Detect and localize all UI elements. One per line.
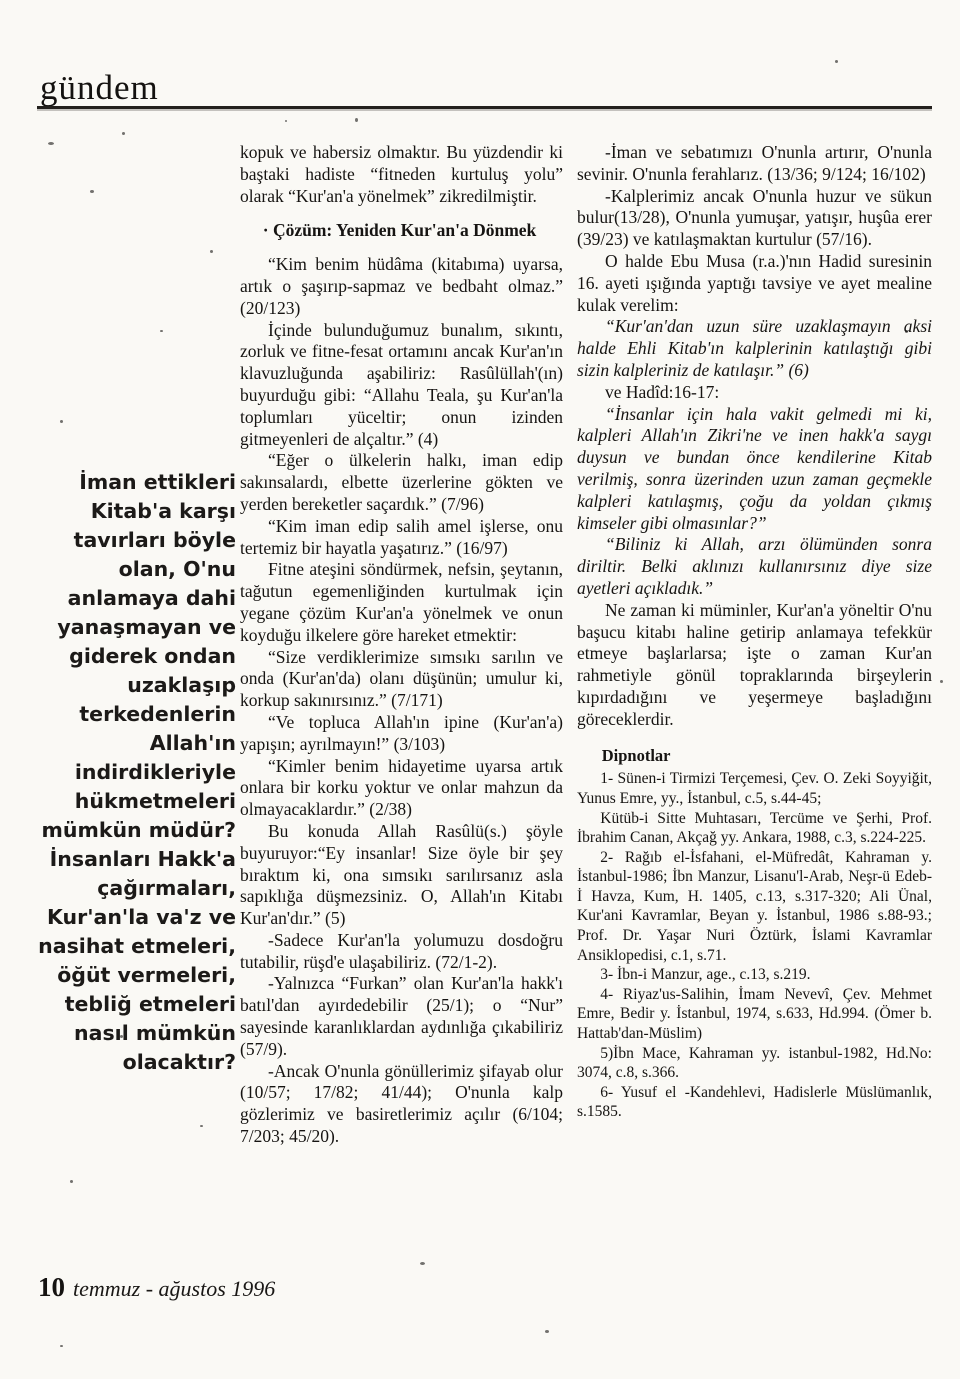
body-paragraph: İçinde bulunduğumuz bunalım, sıkıntı, zo…	[240, 320, 563, 451]
page-number: 10	[38, 1272, 65, 1302]
footnote-paragraph: 2- Rağıb el-İsfahani, el-Müfredât, Kahra…	[577, 848, 932, 966]
scan-noise-speck	[60, 1345, 63, 1347]
scan-noise-speck	[355, 118, 358, 122]
body-paragraph: Bu konuda Allah Rasûlü(s.) şöyle buyuruy…	[240, 821, 563, 930]
body-paragraph: kopuk ve habersiz olmaktır. Bu yüzdendir…	[240, 142, 563, 207]
scan-noise-speck	[120, 1035, 123, 1038]
body-paragraph: -Kalplerimiz ancak O'nunla huzur ve süku…	[577, 186, 932, 251]
scan-noise-speck	[60, 420, 63, 423]
scan-noise-speck	[70, 1180, 73, 1183]
text-column-right: -İman ve sebatımızı O'nunla artırır, O'n…	[577, 142, 932, 1122]
body-paragraph: -Sadece Kur'an'la yolumuzu dosdoğru tuta…	[240, 930, 563, 974]
header-rule	[37, 106, 932, 109]
scan-noise-speck	[545, 1330, 549, 1333]
scan-noise-speck	[90, 190, 94, 193]
footnote-paragraph: Kütüb-i Sitte Muhtasarı, Tercüme ve Şerh…	[577, 809, 932, 848]
body-paragraph: “Eğer o ülkelerin halkı, iman edip sakın…	[240, 450, 563, 515]
footnote-paragraph: 6- Yusuf el -Kandehlevi, Hadislerle Müsl…	[577, 1083, 932, 1122]
body-paragraph: O halde Ebu Musa (r.a.)'nın Hadid suresi…	[577, 251, 932, 316]
body-paragraph: “Biliniz ki Allah, arzı ölümünden sonra …	[577, 534, 932, 599]
text-column-left: kopuk ve habersiz olmaktır. Bu yüzdendir…	[240, 142, 563, 1148]
footnote-paragraph: 3- İbn-i Manzur, age., c.13, s.219.	[577, 965, 932, 985]
body-paragraph: ve Hadîd:16-17:	[577, 382, 932, 404]
footnote-paragraph: 1- Sünen-i Tirmizi Terçemesi, Çev. O. Ze…	[577, 769, 932, 808]
magazine-page: gündem İman ettikleri Kitab'a karşı tavı…	[0, 0, 960, 1379]
section-title: gündem	[40, 68, 159, 108]
scan-noise-speck	[122, 132, 125, 135]
scan-noise-speck	[210, 250, 213, 253]
body-paragraph: -Yalnızca “Furkan” olan Kur'an'la hakk'ı…	[240, 973, 563, 1060]
footnote-paragraph: 4- Riyaz'us-Salihin, İmam Nevevî, Çev. M…	[577, 985, 932, 1044]
scan-noise-speck	[835, 60, 838, 63]
body-paragraph: “Kim benim hüdâma (kitabıma) uyarsa, art…	[240, 254, 563, 319]
scan-noise-speck	[48, 142, 54, 145]
issue-date: temmuz - ağustos 1996	[73, 1276, 275, 1301]
scan-noise-speck	[200, 1125, 203, 1127]
footnote-paragraph: 5)İbn Mace, Kahraman yy. istanbul-1982, …	[577, 1044, 932, 1083]
scan-noise-speck	[160, 330, 163, 332]
body-paragraph: -İman ve sebatımızı O'nunla artırır, O'n…	[577, 142, 932, 186]
body-paragraph: “Kim iman edip salih amel işlerse, onu t…	[240, 516, 563, 560]
body-paragraph: “Kur'an'dan uzun süre uzaklaşmayın aksi …	[577, 316, 932, 381]
page-footer: 10temmuz - ağustos 1996	[38, 1272, 275, 1303]
body-paragraph: “Size verdiklerimize sımsıkı sarılın ve …	[240, 647, 563, 712]
body-paragraph: -Ancak O'nunla gönüllerimiz şifayab olur…	[240, 1061, 563, 1148]
body-paragraph: “Kimler benim hidayetime uyarsa artık on…	[240, 756, 563, 821]
scan-noise-speck	[420, 1262, 425, 1265]
body-paragraph: Fitne ateşini söndürmek, nefsin, şeytanı…	[240, 559, 563, 646]
scan-noise-speck	[905, 330, 908, 333]
scan-noise-speck	[940, 680, 943, 683]
footnote-paragraph: Dipnotlar	[577, 745, 932, 767]
body-paragraph: “İnsanlar için hala vakit gelmedi mi ki,…	[577, 404, 932, 535]
scan-noise-speck	[285, 120, 287, 122]
article-heading: · Çözüm: Yeniden Kur'an'a Dönmek	[240, 220, 563, 242]
pull-quote: İman ettikleri Kitab'a karşı tavırları b…	[26, 468, 236, 1077]
body-paragraph: “Ve topluca Allah'ın ipine (Kur'an'a) ya…	[240, 712, 563, 756]
body-paragraph: Ne zaman ki müminler, Kur'an'a yöneltir …	[577, 600, 932, 731]
